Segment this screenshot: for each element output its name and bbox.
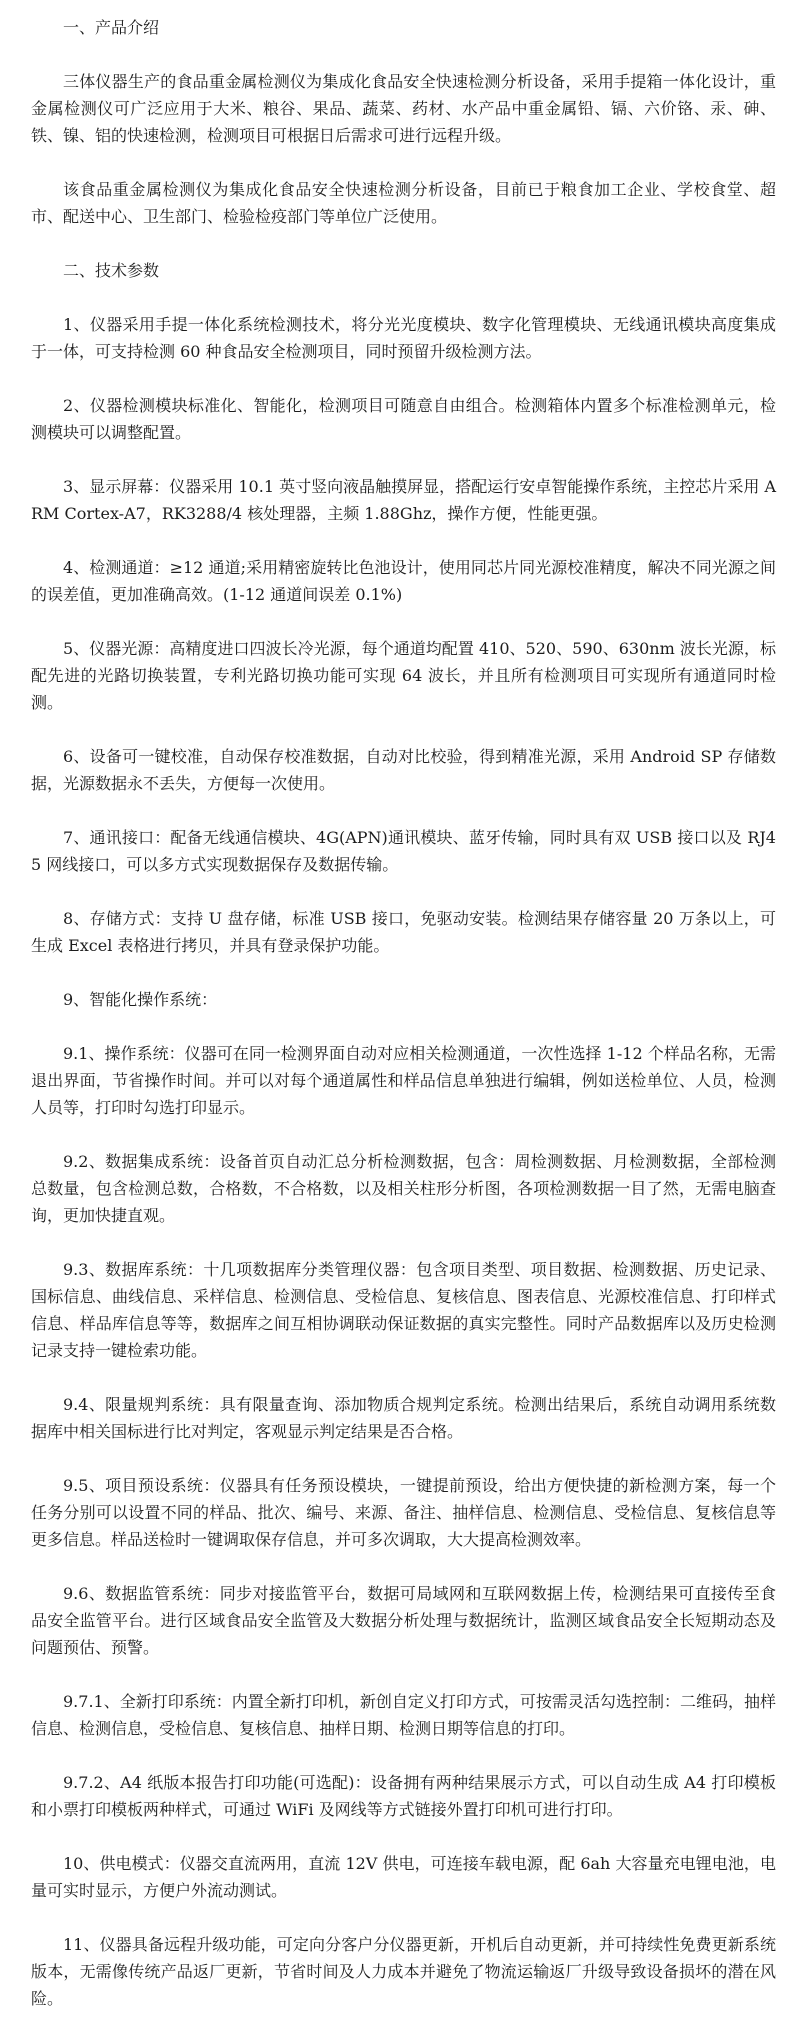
param-item-8-storage: 8、存储方式：支持 U 盘存储，标准 USB 接口，免驱动安装。检测结果存储容量… — [31, 905, 776, 959]
param-item-10-power: 10、供电模式：仪器交直流两用，直流 12V 供电，可连接车载电源，配 6ah … — [31, 1850, 776, 1904]
param-item-9-7-1-printing: 9.7.1、全新打印系统：内置全新打印机，新创自定义打印方式，可按需灵活勾选控制… — [31, 1688, 776, 1742]
param-item-5-light-source: 5、仪器光源：高精度进口四波长冷光源，每个通道均配置 410、520、590、6… — [31, 635, 776, 716]
param-item-1: 1、仪器采用手提一体化系统检测技术，将分光光度模块、数字化管理模块、无线通讯模块… — [31, 311, 776, 365]
param-item-9-3-database: 9.3、数据库系统：十几项数据库分类管理仪器：包含项目类型、项目数据、检测数据、… — [31, 1256, 776, 1364]
param-item-9-6-supervision: 9.6、数据监管系统：同步对接监管平台，数据可局域网和互联网数据上传，检测结果可… — [31, 1580, 776, 1661]
section-heading-tech-params: 二、技术参数 — [31, 257, 776, 284]
product-document: 一、产品介绍 三体仪器生产的食品重金属检测仪为集成化食品安全快速检测分析设备，采… — [31, 14, 776, 2012]
param-item-9-5-preset: 9.5、项目预设系统：仪器具有任务预设模块，一键提前预设，给出方便快捷的新检测方… — [31, 1472, 776, 1553]
param-item-4-channels: 4、检测通道：≥12 通道;采用精密旋转比色池设计，使用同芯片同光源校准精度，解… — [31, 554, 776, 608]
param-item-9-7-2-a4-printing: 9.7.2、A4 纸版本报告打印功能(可选配)：设备拥有两种结果展示方式，可以自… — [31, 1769, 776, 1823]
param-item-9-4-limit-judgement: 9.4、限量规判系统：具有限量查询、添加物质合规判定系统。检测出结果后，系统自动… — [31, 1391, 776, 1445]
param-item-3-display: 3、显示屏幕：仪器采用 10.1 英寸竖向液晶触摸屏显，搭配运行安卓智能操作系统… — [31, 473, 776, 527]
intro-paragraph-1: 三体仪器生产的食品重金属检测仪为集成化食品安全快速检测分析设备，采用手提箱一体化… — [31, 68, 776, 149]
param-item-6-calibration: 6、设备可一键校准，自动保存校准数据，自动对比校验，得到精准光源，采用 Andr… — [31, 743, 776, 797]
param-item-9-os-heading: 9、智能化操作系统： — [31, 986, 776, 1013]
param-item-2: 2、仪器检测模块标准化、智能化，检测项目可随意自由组合。检测箱体内置多个标准检测… — [31, 392, 776, 446]
intro-paragraph-2: 该食品重金属检测仪为集成化食品安全快速检测分析设备，目前已于粮食加工企业、学校食… — [31, 176, 776, 230]
param-item-9-1-operating-system: 9.1、操作系统：仪器可在同一检测界面自动对应相关检测通道，一次性选择 1-12… — [31, 1040, 776, 1121]
param-item-7-interfaces: 7、通讯接口：配备无线通信模块、4G(APN)通讯模块、蓝牙传输，同时具有双 U… — [31, 824, 776, 878]
param-item-9-2-data-integration: 9.2、数据集成系统：设备首页自动汇总分析检测数据，包含：周检测数据、月检测数据… — [31, 1148, 776, 1229]
param-item-11-remote-upgrade: 11、仪器具备远程升级功能，可定向分客户分仪器更新，开机后自动更新，并可持续性免… — [31, 1931, 776, 2012]
section-heading-product-intro: 一、产品介绍 — [31, 14, 776, 41]
